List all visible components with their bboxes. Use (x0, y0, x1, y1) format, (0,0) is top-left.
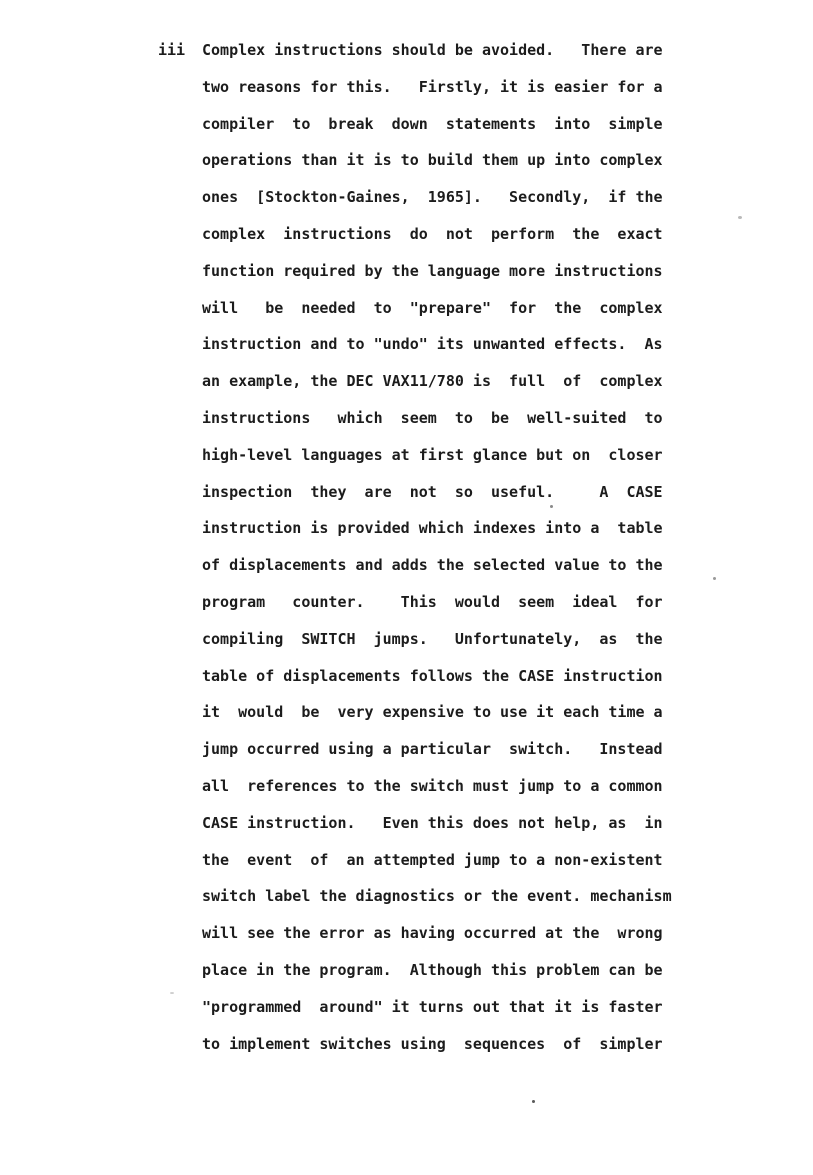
scan-speck (713, 577, 716, 580)
text-line: instruction and to "undo" its unwanted e… (202, 326, 682, 363)
list-item-marker: iii (158, 32, 185, 69)
scan-speck (170, 992, 174, 994)
text-line: it would be very expensive to use it eac… (202, 694, 682, 731)
text-line: compiler to break down statements into s… (202, 106, 682, 143)
text-line: high-level languages at first glance but… (202, 437, 682, 474)
text-line: ones [Stockton-Gaines, 1965]. Secondly, … (202, 179, 682, 216)
text-line: the event of an attempted jump to a non-… (202, 842, 682, 879)
text-line: complex instructions do not perform the … (202, 216, 682, 253)
document-page: iii Complex instructions should be avoid… (0, 0, 813, 1175)
text-line: instructions which seem to be well-suite… (202, 400, 682, 437)
text-line: compiling SWITCH jumps. Unfortunately, a… (202, 621, 682, 658)
text-line: will be needed to "prepare" for the comp… (202, 290, 682, 327)
text-line: program counter. This would seem ideal f… (202, 584, 682, 621)
text-line: of displacements and adds the selected v… (202, 547, 682, 584)
text-line: an example, the DEC VAX11/780 is full of… (202, 363, 682, 400)
text-line: will see the error as having occurred at… (202, 915, 682, 952)
text-line: switch label the diagnostics or the even… (202, 878, 682, 915)
text-line: operations than it is to build them up i… (202, 142, 682, 179)
text-line: CASE instruction. Even this does not hel… (202, 805, 682, 842)
text-line: "programmed around" it turns out that it… (202, 989, 682, 1026)
text-line: jump occurred using a particular switch.… (202, 731, 682, 768)
scan-speck (550, 505, 553, 508)
text-line: Complex instructions should be avoided. … (202, 32, 682, 69)
paragraph-block: Complex instructions should be avoided. … (202, 32, 682, 1062)
text-line: table of displacements follows the CASE … (202, 658, 682, 695)
text-line: place in the program. Although this prob… (202, 952, 682, 989)
text-line: instruction is provided which indexes in… (202, 510, 682, 547)
scan-speck (738, 216, 742, 219)
text-line: inspection they are not so useful. A CAS… (202, 474, 682, 511)
scan-speck (532, 1100, 535, 1103)
text-line: two reasons for this. Firstly, it is eas… (202, 69, 682, 106)
text-line: to implement switches using sequences of… (202, 1026, 682, 1063)
text-line: all references to the switch must jump t… (202, 768, 682, 805)
text-line: function required by the language more i… (202, 253, 682, 290)
